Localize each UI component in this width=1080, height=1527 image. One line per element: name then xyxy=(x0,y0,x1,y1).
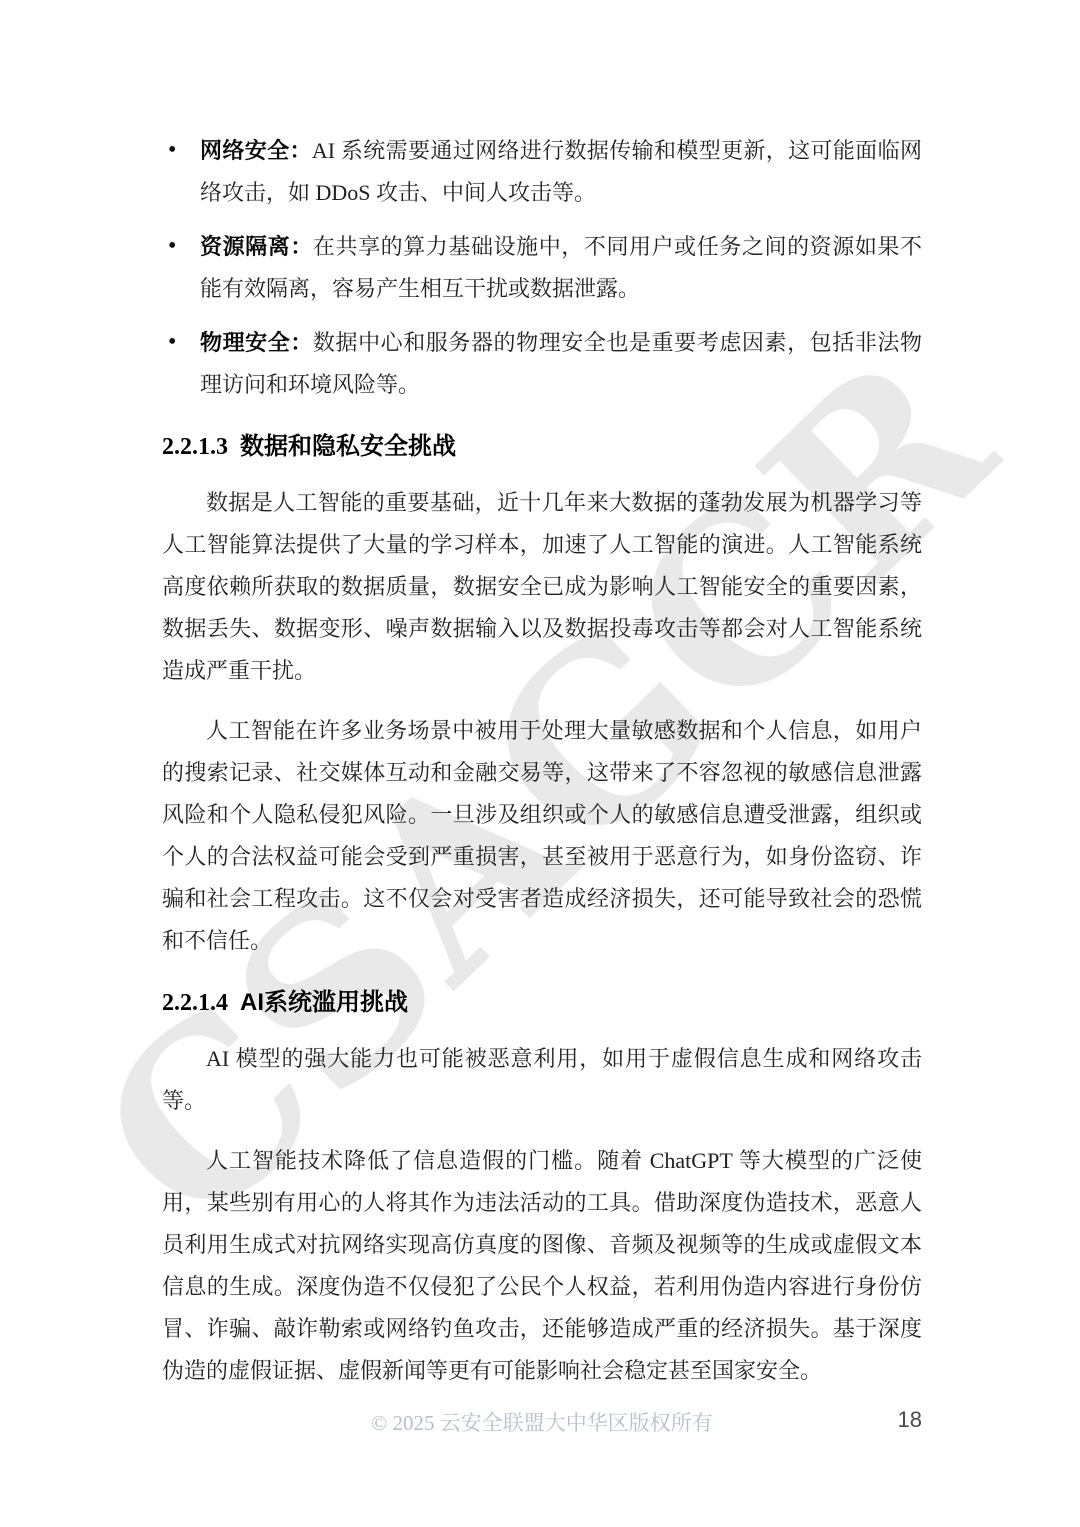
section-number: 2.2.1.3 xyxy=(162,434,228,460)
bullet-marker: • xyxy=(168,129,176,171)
section-title: 数据和隐私安全挑战 xyxy=(240,433,456,460)
bullet-item-resource-isolation: •资源隔离：在共享的算力基础设施中，不同用户或任务之间的资源如果不能有效隔离，容… xyxy=(162,226,922,310)
bullet-item-network-security: •网络安全：AI 系统需要通过网络进行数据传输和模型更新，这可能面临网络攻击，如… xyxy=(162,130,922,214)
section-heading-data-privacy: 2.2.1.3数据和隐私安全挑战 xyxy=(162,426,922,468)
body-paragraph: AI 模型的强大能力也可能被恶意利用，如用于虚假信息生成和网络攻击等。 xyxy=(162,1038,922,1122)
document-page: CSAGCR •网络安全：AI 系统需要通过网络进行数据传输和模型更新，这可能面… xyxy=(0,0,1080,1527)
copyright-text: © 2025 云安全联盟大中华区版权所有 xyxy=(162,1407,922,1437)
body-paragraph: 人工智能在许多业务场景中被用于处理大量敏感数据和个人信息，如用户的搜索记录、社交… xyxy=(162,710,922,962)
section-number: 2.2.1.4 xyxy=(162,990,228,1016)
page-footer: © 2025 云安全联盟大中华区版权所有 18 xyxy=(162,1407,922,1437)
bullet-list: •网络安全：AI 系统需要通过网络进行数据传输和模型更新，这可能面临网络攻击，如… xyxy=(162,130,922,406)
bullet-label: 资源隔离： xyxy=(200,234,313,259)
bullet-label: 网络安全： xyxy=(200,138,312,163)
body-paragraph: 人工智能技术降低了信息造假的门槛。随着 ChatGPT 等大模型的广泛使用，某些… xyxy=(162,1140,922,1392)
page-number: 18 xyxy=(898,1407,922,1433)
section-heading-ai-abuse: 2.2.1.4AI系统滥用挑战 xyxy=(162,982,922,1024)
body-paragraph: 数据是人工智能的重要基础，近十几年来大数据的蓬勃发展为机器学习等人工智能算法提供… xyxy=(162,482,922,692)
bullet-marker: • xyxy=(168,321,176,363)
page-content: •网络安全：AI 系统需要通过网络进行数据传输和模型更新，这可能面临网络攻击，如… xyxy=(162,130,922,1410)
bullet-marker: • xyxy=(168,225,176,267)
bullet-label: 物理安全： xyxy=(200,330,313,355)
section-title: AI系统滥用挑战 xyxy=(240,989,408,1016)
bullet-item-physical-security: •物理安全：数据中心和服务器的物理安全也是重要考虑因素，包括非法物理访问和环境风… xyxy=(162,322,922,406)
